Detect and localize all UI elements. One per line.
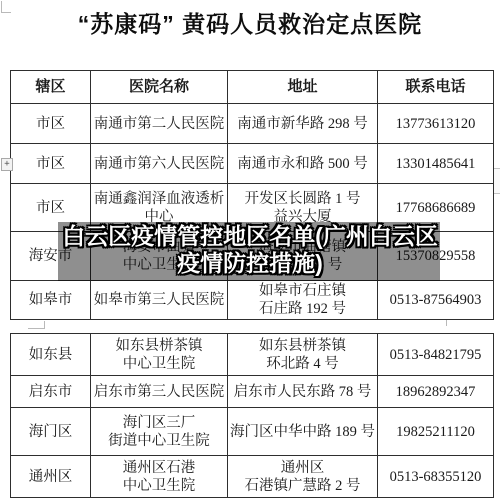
cell-address: 通州区 石港镇广慧路 2 号 [228,456,378,498]
header-address: 地址 [228,71,378,104]
cell-address: 南通市永和路 500 号 [228,144,378,184]
right-margin-tab [493,168,500,194]
header-hospital: 医院名称 [91,71,228,104]
hospital-table-section-2: 如东县 如东县栟茶镇 中心卫生院 如东县栟茶镇 环北路 4 号 0513-848… [10,333,494,498]
watermark-text: 白云区疫情管控地区名单(广州白云区 疫情防控措施) [0,223,500,277]
header-district: 辖区 [11,71,91,104]
cell-district: 市区 [11,104,91,144]
cell-district: 海门区 [11,408,91,456]
cell-hospital: 通州区石港 中心卫生院 [91,456,228,498]
cell-district: 启东市 [11,376,91,408]
table-row: 如东县 如东县栟茶镇 中心卫生院 如东县栟茶镇 环北路 4 号 0513-848… [11,334,494,376]
table-row: 启东市 启东市第三人民医院 启东市人民东路 78 号 18962892347 [11,376,494,408]
cell-hospital: 南通市第六人民医院 [91,144,228,184]
cell-district: 如皋市 [11,281,91,320]
document-page: + “苏康码” 黄码人员救治定点医院 辖区 医院名称 地址 联系电话 市区 南通… [0,0,500,499]
table-row: 海门区 海门区三厂 街道中心卫生院 海门区中华中路 189 号 19825211… [11,408,494,456]
table-move-handle-icon[interactable]: + [1,158,13,171]
cell-address: 启东市人民东路 78 号 [228,376,378,408]
cell-phone: 19825211120 [378,408,494,456]
cell-phone: 0513-87564903 [378,281,494,320]
cell-district: 市区 [11,144,91,184]
header-phone: 联系电话 [378,71,494,104]
cell-district: 通州区 [11,456,91,498]
table-row: 如皋市 如皋市第三人民医院 如皋市石庄镇 石庄路 192 号 0513-8756… [11,281,494,320]
cell-hospital: 启东市第三人民医院 [91,376,228,408]
cell-phone: 0513-68355120 [378,456,494,498]
table-header-row: 辖区 医院名称 地址 联系电话 [11,71,494,104]
cell-phone: 13301485641 [378,144,494,184]
cell-hospital: 海门区三厂 街道中心卫生院 [91,408,228,456]
table-row: 通州区 通州区石港 中心卫生院 通州区 石港镇广慧路 2 号 0513-6835… [11,456,494,498]
table-row: 市区 南通市第二人民医院 南通市新华路 298 号 13773613120 [11,104,494,144]
cell-address: 海门区中华中路 189 号 [228,408,378,456]
cell-hospital: 南通市第二人民医院 [91,104,228,144]
cell-district: 如东县 [11,334,91,376]
cell-hospital: 如皋市第三人民医院 [91,281,228,320]
cell-address: 南通市新华路 298 号 [228,104,378,144]
page-break-mark-left [28,321,45,329]
cell-hospital: 如东县栟茶镇 中心卫生院 [91,334,228,376]
cell-address: 如皋市石庄镇 石庄路 192 号 [228,281,378,320]
page-title: “苏康码” 黄码人员救治定点医院 [0,6,500,39]
cell-phone: 18962892347 [378,376,494,408]
cell-phone: 0513-84821795 [378,334,494,376]
cell-phone: 13773613120 [378,104,494,144]
table-row: 市区 南通市第六人民医院 南通市永和路 500 号 13301485641 [11,144,494,184]
hospital-table-section-1: 辖区 医院名称 地址 联系电话 市区 南通市第二人民医院 南通市新华路 298 … [10,70,494,320]
cell-address: 如东县栟茶镇 环北路 4 号 [228,334,378,376]
